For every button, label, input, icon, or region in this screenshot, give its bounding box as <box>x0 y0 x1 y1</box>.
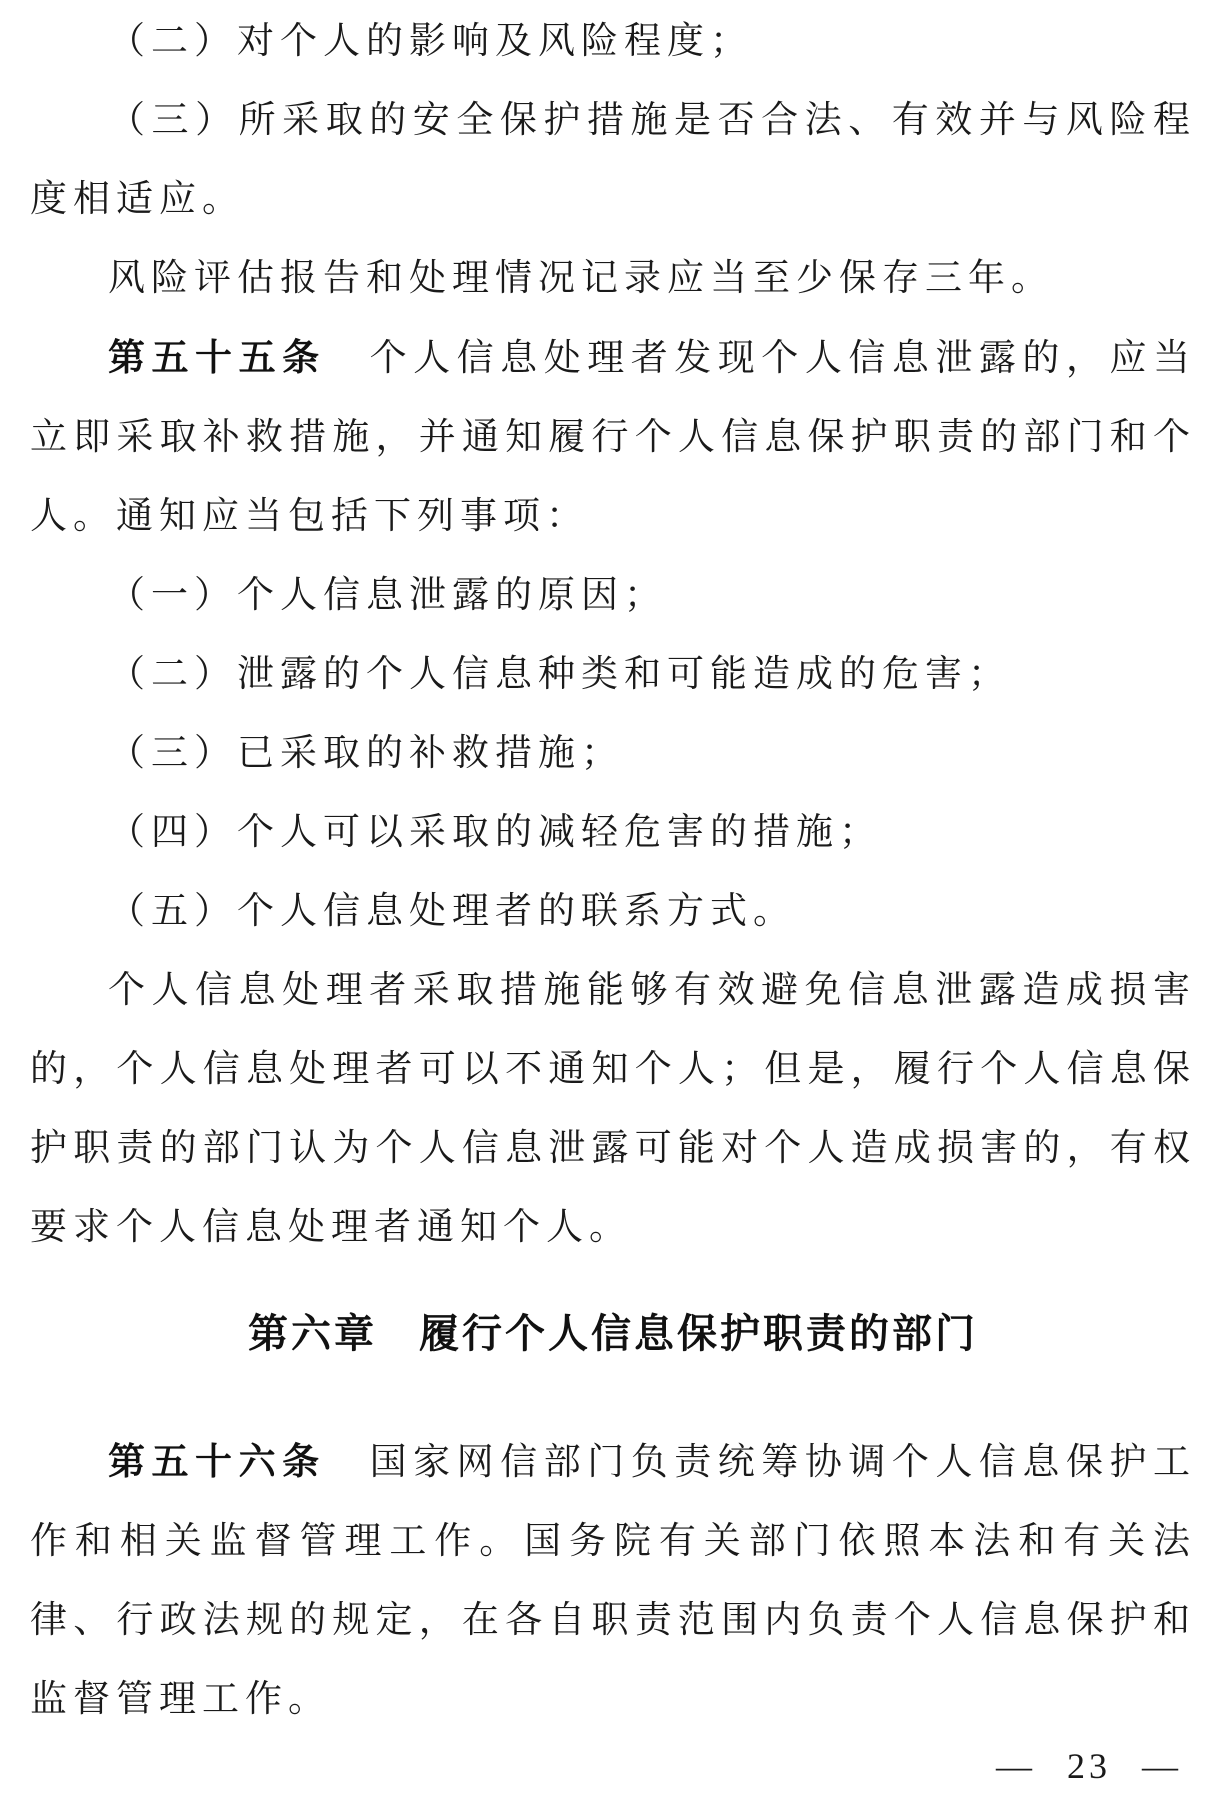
article-55-paragraph: 第五十五条个人信息处理者发现个人信息泄露的，应当立即采取补救措施，并通知履行个人… <box>30 318 1196 556</box>
article-55-number: 第五十五条 <box>108 337 326 378</box>
notification-item-2: （二）泄露的个人信息种类和可能造成的危害； <box>30 635 1196 714</box>
article-56-text: 国家网信部门负责统筹协调个人信息保护工作和相关监督管理工作。国务院有关部门依照本… <box>30 1442 1196 1720</box>
article-56-paragraph: 第五十六条国家网信部门负责统筹协调个人信息保护工作和相关监督管理工作。国务院有关… <box>30 1422 1196 1739</box>
page-number: — 23 — <box>996 1745 1182 1787</box>
document-page: （二）对个人的影响及风险程度； （三）所采取的安全保护措施是否合法、有效并与风险… <box>0 0 1226 1813</box>
notification-item-3: （三）已采取的补救措施； <box>30 714 1196 793</box>
chapter-6-title: 履行个人信息保护职责的部门 <box>419 1312 978 1356</box>
retention-note-paragraph: 风险评估报告和处理情况记录应当至少保存三年。 <box>30 239 1196 318</box>
chapter-6-number: 第六章 <box>248 1312 377 1356</box>
exception-paragraph: 个人信息处理者采取措施能够有效避免信息泄露造成损害的，个人信息处理者可以不通知个… <box>30 951 1196 1267</box>
assessment-item-2: （二）对个人的影响及风险程度； <box>30 2 1196 81</box>
article-56-number: 第五十六条 <box>108 1441 326 1482</box>
chapter-6-heading: 第六章履行个人信息保护职责的部门 <box>30 1295 1196 1374</box>
notification-item-1: （一）个人信息泄露的原因； <box>30 556 1196 635</box>
notification-item-5: （五）个人信息处理者的联系方式。 <box>30 872 1196 951</box>
assessment-item-3: （三）所采取的安全保护措施是否合法、有效并与风险程度相适应。 <box>30 81 1196 239</box>
notification-item-4: （四）个人可以采取的减轻危害的措施； <box>30 793 1196 872</box>
